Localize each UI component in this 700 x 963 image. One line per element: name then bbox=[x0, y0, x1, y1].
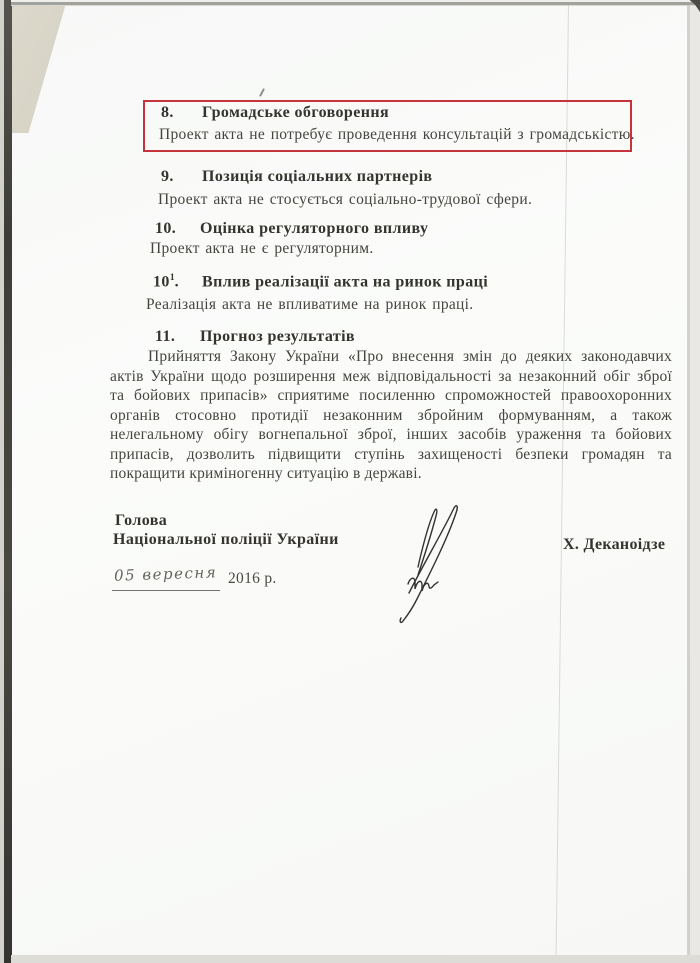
paragraph-line: актів України щодо розширення меж відпов… bbox=[110, 367, 672, 387]
paper-right-edge bbox=[687, 5, 690, 956]
section-title: Вплив реалізації акта на ринок праці bbox=[202, 273, 488, 290]
section-number: 11. bbox=[155, 328, 200, 346]
scan-edge-top bbox=[11, 0, 700, 6]
paragraph-line: припасів, дозволить підвищити ступінь за… bbox=[110, 445, 672, 465]
section-9-heading: 9.Позиція соціальних партнерів bbox=[161, 168, 432, 186]
section-title: Прогноз результатів bbox=[200, 328, 355, 345]
section-number: 8. bbox=[161, 104, 202, 122]
paragraph-line: та бойових припасів» сприятиме посиленню… bbox=[110, 386, 672, 406]
paragraph-line: покращити криміногенну ситуацію в держав… bbox=[110, 464, 672, 484]
section-10-1-body: Реалізація акта не впливатиме на ринок п… bbox=[146, 296, 473, 314]
section-10-body: Проект акта не є регуляторним. bbox=[150, 240, 374, 258]
section-title: Позиція соціальних партнерів bbox=[202, 168, 432, 185]
section-number-base: 10 bbox=[153, 273, 170, 290]
section-title: Оцінка регуляторного впливу bbox=[200, 220, 428, 237]
forecast-paragraph: Прийняття Закону України «Про внесення з… bbox=[110, 347, 672, 484]
section-10-heading: 10.Оцінка регуляторного впливу bbox=[155, 220, 428, 238]
signer-name: Х. Деканоідзе bbox=[563, 536, 665, 554]
paragraph-line: нелегальному обігу вогнепальної зброї, і… bbox=[110, 425, 672, 445]
section-title: Громадське обговорення bbox=[202, 104, 389, 121]
section-number-dot: . bbox=[175, 273, 179, 290]
scanned-document-page: 8.Громадське обговорення Проект акта не … bbox=[0, 0, 700, 963]
section-number: 101. bbox=[153, 273, 202, 291]
section-10-1-heading: 101.Вплив реалізації акта на ринок праці bbox=[153, 273, 488, 291]
section-number: 10. bbox=[155, 220, 200, 238]
paragraph-line: Прийняття Закону України «Про внесення з… bbox=[110, 347, 672, 367]
handwritten-date: 05 вересня bbox=[114, 563, 218, 585]
signoff-position-line2: Національної поліції України bbox=[113, 531, 339, 549]
section-11-heading: 11.Прогноз результатів bbox=[155, 328, 355, 346]
section-9-body: Проект акта не стосується соціально-труд… bbox=[158, 191, 532, 209]
section-number: 9. bbox=[161, 168, 202, 186]
paragraph-line: органів стосовно протидії незаконним збр… bbox=[110, 406, 672, 426]
date-underline bbox=[112, 590, 220, 591]
date-year-label: 2016 р. bbox=[228, 570, 277, 588]
signoff-position-line1: Голова bbox=[115, 512, 167, 530]
scan-edge-left bbox=[4, 0, 12, 963]
scan-bottom-band bbox=[11, 955, 700, 963]
signature bbox=[380, 495, 495, 635]
section-8-body: Проект акта не потребує проведення консу… bbox=[159, 126, 635, 144]
section-8-heading: 8.Громадське обговорення bbox=[161, 104, 389, 122]
